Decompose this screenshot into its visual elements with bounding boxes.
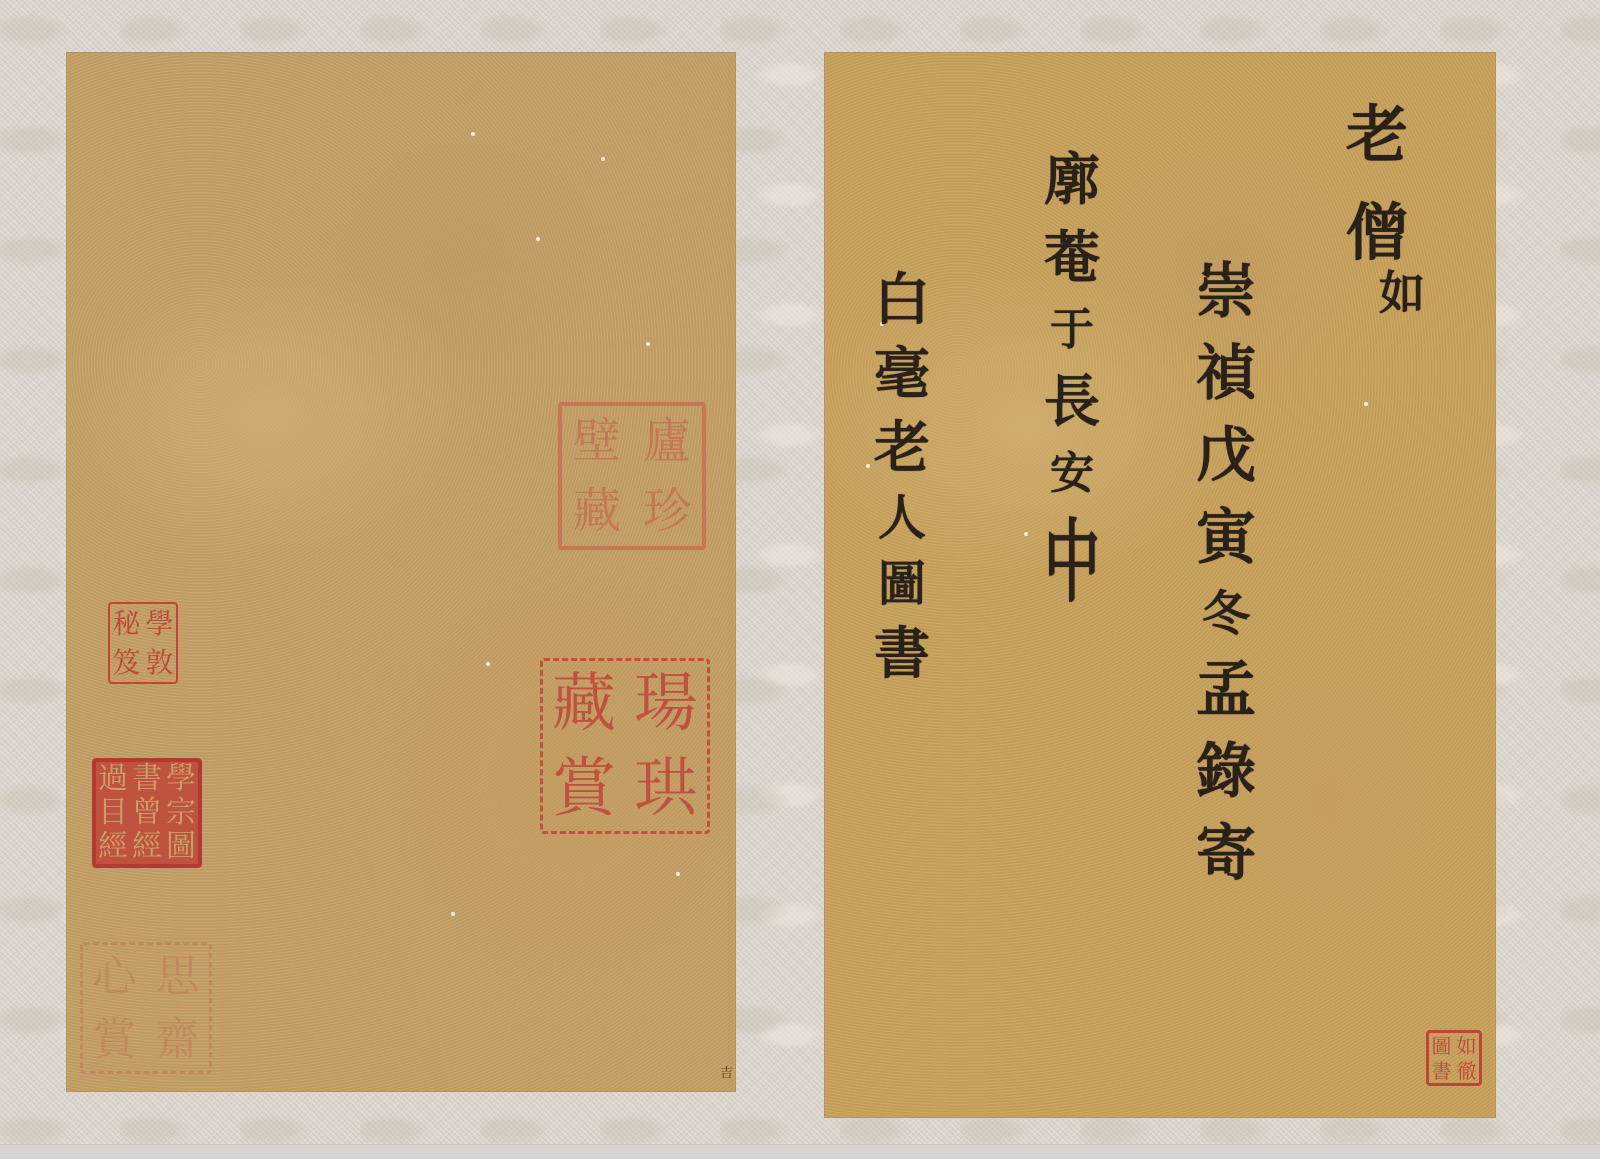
calligraphy-char: 僧 [1346, 202, 1408, 264]
seal-char: 笈 [112, 649, 140, 677]
calligraphy-char: 圖 [878, 560, 926, 608]
right-panel: 老 僧 如 崇 禎 戊 寅 冬 孟 錄 寄 廓 菴 于 長 安 中 白 毫 老 … [824, 52, 1496, 1118]
calligraphy-char: 白 [874, 272, 930, 328]
calligraphy-char: 錄 [1196, 742, 1256, 802]
gold-speck [451, 912, 455, 916]
seal-char: 經 [98, 832, 128, 862]
seal-left-small: 藏 秘 學 笈 敦 [108, 602, 178, 684]
seal-char: 珙 [634, 757, 698, 821]
seal-char: 藏 [552, 672, 616, 736]
calligraphy-char: 寅 [1196, 508, 1256, 568]
calligraphy-char: 崇 [1196, 262, 1256, 322]
seal-char: 壁 [573, 417, 621, 465]
seal-char: 廬 [643, 417, 691, 465]
seal-char: 經 [132, 832, 162, 862]
calligraphy-char: 禎 [1196, 344, 1256, 404]
calligraphy-char: 安 [1050, 452, 1094, 496]
seal-char: 目 [98, 798, 128, 828]
calligraphy-char: 長 [1044, 374, 1100, 430]
seal-char: 宗 [166, 798, 196, 828]
gold-speck [1364, 402, 1368, 406]
corner-mark: 吉 [720, 1062, 733, 1081]
seal-char: 書 [132, 764, 162, 794]
calligraphy-char: 廓 [1044, 152, 1100, 208]
seal-char: 曾 [132, 798, 162, 828]
seal-left-bottom: 心 思 賞 齋 [80, 942, 212, 1074]
gold-speck [536, 237, 540, 241]
seal-char: 書 [1432, 1061, 1452, 1081]
calligraphy-column-1: 老 僧 如 [1332, 104, 1422, 352]
seal-char: 圖 [1432, 1036, 1452, 1056]
seal-char: 藏 [573, 487, 621, 535]
seal-char: 心 [93, 955, 137, 999]
calligraphy-char: 孟 [1196, 660, 1256, 720]
seal-char: 學 [145, 610, 173, 638]
calligraphy-char: 如 [1379, 270, 1425, 316]
seal-char: 秘 [112, 610, 140, 638]
seal-left-middle: 過 書 學 目 曾 宗 經 經 圖 [92, 758, 202, 868]
calligraphy-char: 冬 [1202, 590, 1250, 638]
seal-char: 瑒 [634, 672, 698, 736]
gold-speck [676, 872, 680, 876]
left-panel: 壁 廬 藏 珍 藏 瑒 賞 珙 藏 秘 學 笈 敦 過 書 學 目 曾 宗 經 … [66, 52, 736, 1092]
calligraphy-column-2: 崇 禎 戊 寅 冬 孟 錄 寄 [1176, 262, 1276, 906]
seal-char: 賞 [93, 1018, 137, 1062]
seal-right-tall: 藏 瑒 賞 珙 [540, 658, 710, 834]
calligraphy-char: 寄 [1196, 824, 1256, 884]
gold-speck [601, 157, 605, 161]
calligraphy-char: 老 [874, 420, 930, 476]
calligraphy-column-3: 廓 菴 于 長 安 中 [1022, 152, 1122, 596]
seal-char: 學 [166, 764, 196, 794]
seal-char: 敦 [145, 649, 173, 677]
seal-char: 過 [98, 764, 128, 794]
calligraphy-char: 毫 [874, 346, 930, 402]
seal-bottom-right: 圖 如 書 徹 [1426, 1030, 1482, 1086]
gold-speck [471, 132, 475, 136]
mount-bottom-band [0, 1144, 1600, 1159]
calligraphy-char: 書 [874, 626, 930, 682]
calligraphy-char: 中 [1044, 518, 1100, 608]
seal-char: 齋 [156, 1018, 200, 1062]
gold-speck [486, 662, 490, 666]
seal-char: 思 [156, 955, 200, 999]
seal-char: 圖 [166, 832, 196, 862]
seal-char: 如 [1457, 1036, 1477, 1056]
calligraphy-char: 戊 [1196, 426, 1256, 486]
seal-char: 徹 [1457, 1061, 1477, 1081]
calligraphy-char: 老 [1346, 104, 1408, 166]
seal-char: 賞 [552, 757, 616, 821]
seal-upper-right: 壁 廬 藏 珍 [558, 402, 706, 550]
calligraphy-column-4: 白 毫 老 人 圖 書 [852, 272, 952, 700]
calligraphy-char: 菴 [1044, 230, 1100, 286]
calligraphy-char: 人 [878, 494, 926, 542]
seal-char: 珍 [643, 487, 691, 535]
gold-speck [646, 342, 650, 346]
calligraphy-char: 于 [1050, 308, 1094, 352]
